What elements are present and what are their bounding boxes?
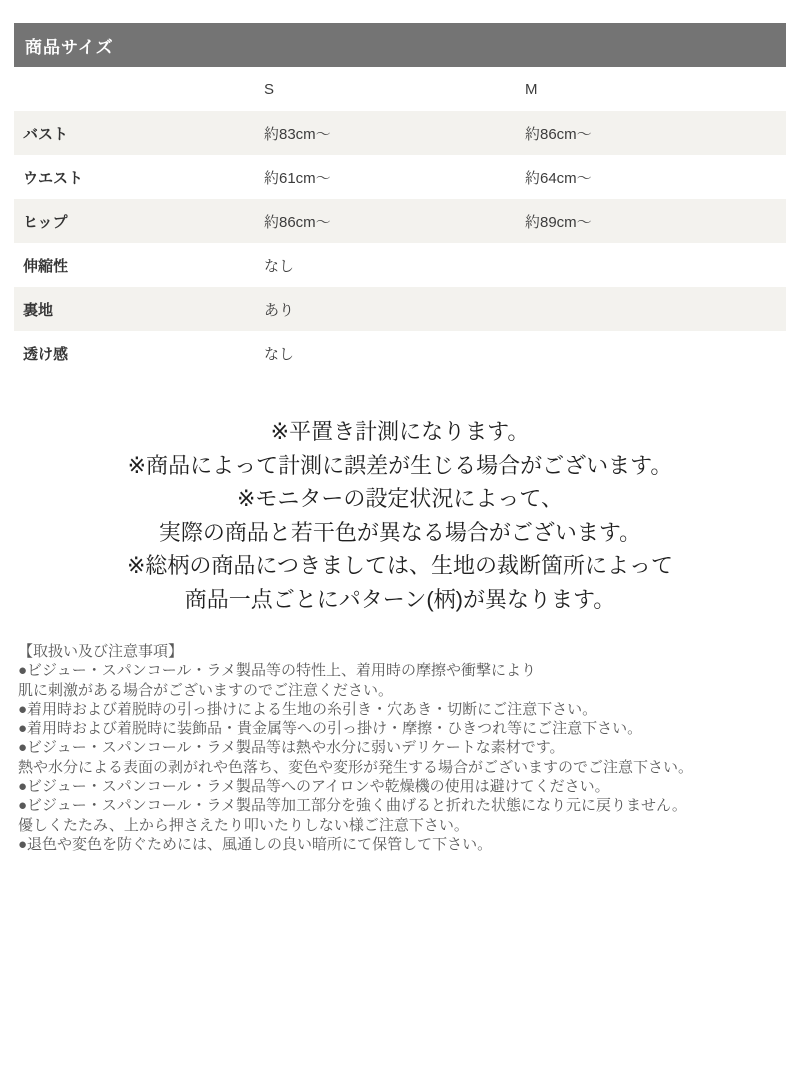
cell-m: 約86cm～: [525, 123, 786, 144]
care-notes: 【取扱い及び注意事項】 ●ビジュー・スパンコール・ラメ製品等の特性上、着用時の摩…: [14, 642, 786, 854]
cell-m: 約64cm～: [525, 167, 786, 188]
column-header-m: M: [525, 81, 786, 98]
measurement-notes: ※平置き計測になります。 ※商品によって計測に誤差が生じる場合がございます。 ※…: [14, 415, 786, 616]
table-row-bust: バスト 約83cm～ 約86cm～: [14, 111, 786, 155]
size-table: S M バスト 約83cm～ 約86cm～ ウエスト 約61cm～ 約64cm～…: [14, 67, 786, 375]
column-header-s: S: [264, 81, 525, 98]
care-note-line: ●ビジュー・スパンコール・ラメ製品等は熱や水分に弱いデリケートな素材です。: [18, 738, 786, 757]
row-label: 透け感: [14, 343, 264, 364]
table-row-lining: 裏地 あり: [14, 287, 786, 331]
cell-m: 約89cm～: [525, 211, 786, 232]
note-line: ※総柄の商品につきましては、生地の裁断箇所によって: [14, 549, 786, 583]
row-label: 伸縮性: [14, 255, 264, 276]
note-line: ※平置き計測になります。: [14, 415, 786, 449]
row-label: 裏地: [14, 299, 264, 320]
cell-s: 約86cm～: [264, 211, 525, 232]
note-line: 実際の商品と若干色が異なる場合がございます。: [14, 516, 786, 550]
row-label: ウエスト: [14, 167, 264, 188]
care-note-line: ●着用時および着脱時の引っ掛けによる生地の糸引き・穴あき・切断にご注意下さい。: [18, 700, 786, 719]
cell-s: 約61cm～: [264, 167, 525, 188]
note-line: ※商品によって計測に誤差が生じる場合がございます。: [14, 449, 786, 483]
table-row-sheerness: 透け感 なし: [14, 331, 786, 375]
content-container: 商品サイズ S M バスト 約83cm～ 約86cm～ ウエスト 約61cm～ …: [14, 0, 786, 854]
care-note-line: 熱や水分による表面の剥がれや色落ち、変色や変形が発生する場合がございますのでご注…: [18, 758, 786, 777]
care-note-line: 優しくたたみ、上から押さえたり叩いたりしない様ご注意下さい。: [18, 816, 786, 835]
product-size-section: 商品サイズ S M バスト 約83cm～ 約86cm～ ウエスト 約61cm～ …: [0, 0, 800, 1067]
care-note-line: ●ビジュー・スパンコール・ラメ製品等へのアイロンや乾燥機の使用は避けてください。: [18, 777, 786, 796]
table-row-hip: ヒップ 約86cm～ 約89cm～: [14, 199, 786, 243]
care-note-line: ●着用時および着脱時に装飾品・貴金属等への引っ掛け・摩擦・ひきつれ等にご注意下さ…: [18, 719, 786, 738]
cell-s: なし: [264, 343, 525, 364]
section-title: 商品サイズ: [25, 33, 114, 58]
care-note-line: 肌に刺激がある場合がございますのでご注意ください。: [18, 681, 786, 700]
note-line: 商品一点ごとにパターン(柄)が異なります。: [14, 583, 786, 617]
care-notes-heading: 【取扱い及び注意事項】: [18, 642, 786, 661]
care-note-line: ●ビジュー・スパンコール・ラメ製品等加工部分を強く曲げると折れた状態になり元に戻…: [18, 796, 786, 815]
cell-s: あり: [264, 299, 525, 320]
cell-s: 約83cm～: [264, 123, 525, 144]
row-label: ヒップ: [14, 211, 264, 232]
table-row-stretch: 伸縮性 なし: [14, 243, 786, 287]
care-note-line: ●退色や変色を防ぐためには、風通しの良い暗所にて保管して下さい。: [18, 835, 786, 854]
cell-s: なし: [264, 255, 525, 276]
section-header-bar: 商品サイズ: [14, 23, 786, 67]
row-label: バスト: [14, 123, 264, 144]
table-row-waist: ウエスト 約61cm～ 約64cm～: [14, 155, 786, 199]
note-line: ※モニターの設定状況によって、: [14, 482, 786, 516]
table-header-row: S M: [14, 67, 786, 111]
care-note-line: ●ビジュー・スパンコール・ラメ製品等の特性上、着用時の摩擦や衝撃により: [18, 661, 786, 680]
